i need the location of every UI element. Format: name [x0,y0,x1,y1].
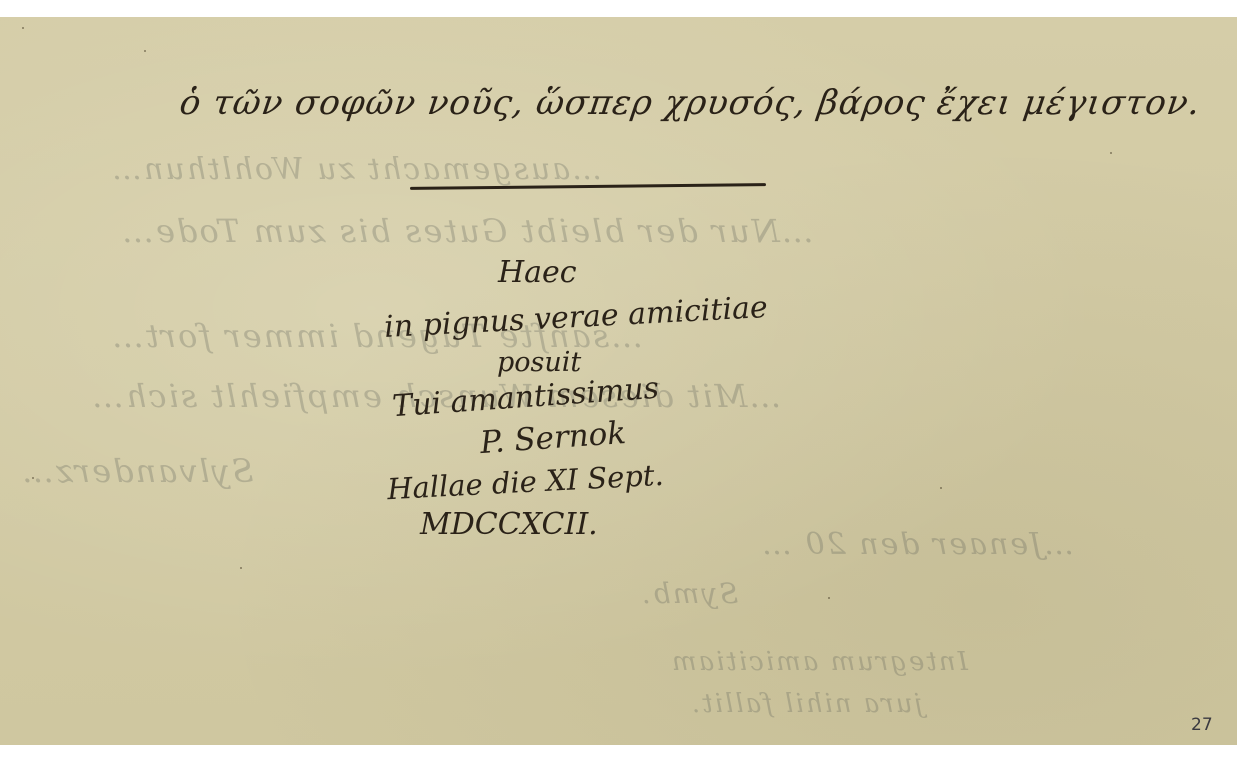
bleed-through-line: …ausgemacht zu Wohlthun… [110,152,602,187]
entry-year: MDCCXCII. [420,507,598,542]
bleed-through-line: …Nur der bleibt Gutes bis zum Tode… [120,212,814,250]
signature: P. Sernok [479,415,627,461]
paper-speck [22,27,24,29]
entry-line-haec: Haec [498,255,577,290]
entry-line-posuit: posuit [497,347,581,378]
paper-speck [828,597,830,599]
bleed-through-line: Sylvanderz… [20,452,254,490]
entry-place-date: Hallae die XI Sept. [386,458,664,506]
paper-speck [144,50,146,52]
page-number: 27 [1191,715,1213,735]
paper-speck [940,487,942,489]
manuscript-page: …ausgemacht zu Wohlthun… …Nur der bleibt… [0,17,1237,745]
bleed-through-line: Symb. [640,577,738,610]
paper-speck [240,567,242,569]
bleed-through-line: Integrum amicitiam [670,647,968,677]
bleed-through-line: …Jenaer den 20 … [760,527,1074,562]
bleed-through-line: jura nihil fallit. [690,689,923,719]
greek-motto: ὁ τῶν σοφῶν νοῦς, ὥσπερ χρυσός, βάρος ἔχ… [177,83,1203,123]
paper-speck [1110,152,1112,154]
